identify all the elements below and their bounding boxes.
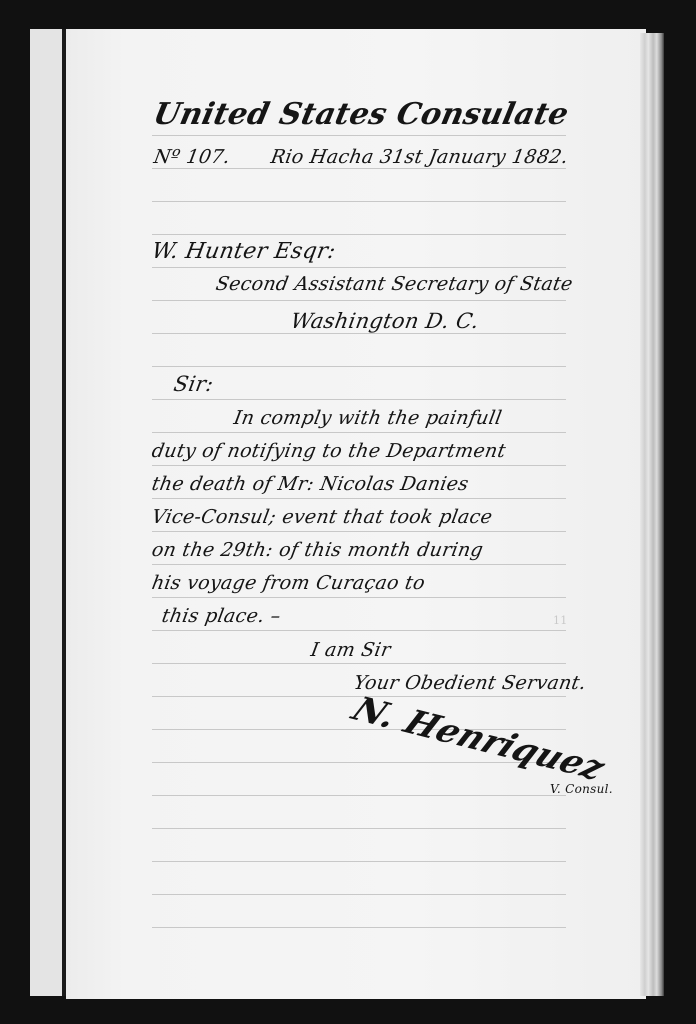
ruled-line [152,333,566,334]
salutation: Sir: [172,372,216,396]
ruled-line [152,663,566,664]
ruled-line [152,498,566,499]
ruled-line [152,696,566,697]
ruled-line [152,531,566,532]
adjacent-page-edge [30,29,62,996]
ruled-line [152,432,566,433]
ruled-line [152,564,566,565]
closing-line-2: Your Obedient Servant. [352,672,588,694]
body-line-7: this place. – [160,605,283,627]
body-line-5: on the 29th: of this month during [150,539,485,561]
place-and-date: Rio Hacha 31st January 1882. [269,146,570,168]
ruled-line [152,861,566,862]
signature-title: V. Consul. [550,782,613,796]
ruled-line [152,399,566,400]
ruled-line [152,234,566,235]
body-line-6: his voyage from Curaçao to [150,572,427,594]
ruled-line [152,300,566,301]
ruled-line [152,267,566,268]
ruled-line [152,597,566,598]
addressee-name: W. Hunter Esqr: [150,239,338,264]
ruled-line [152,135,566,136]
ruled-line [152,894,566,895]
body-line-3: the death of Mr: Nicolas Danies [150,473,470,495]
page-mark: 11 [553,614,568,627]
signature: N. Henriquez [345,690,612,788]
body-line-1: In comply with the painfull [232,407,504,429]
ruled-line [152,795,566,796]
body-line-2: duty of notifying to the Department [150,440,507,462]
closing-line-1: I am Sir [309,639,392,661]
body-line-4: Vice-Consul; event that took place [150,506,494,528]
ruled-line [152,168,566,169]
ruled-line [152,465,566,466]
addressee-city: Washington D. C. [289,309,481,333]
book-page-edges [640,33,664,996]
ruled-line [152,828,566,829]
addressee-title: Second Assistant Secretary of State [214,273,575,295]
ruled-line [152,366,566,367]
letter-page: United States Consulate Nº 107. Rio Hach… [66,29,646,999]
ruled-line [152,927,566,928]
ruled-line [152,630,566,631]
letter-heading: United States Consulate [150,97,572,132]
letter-number: Nº 107. [152,146,232,168]
ruled-line [152,201,566,202]
